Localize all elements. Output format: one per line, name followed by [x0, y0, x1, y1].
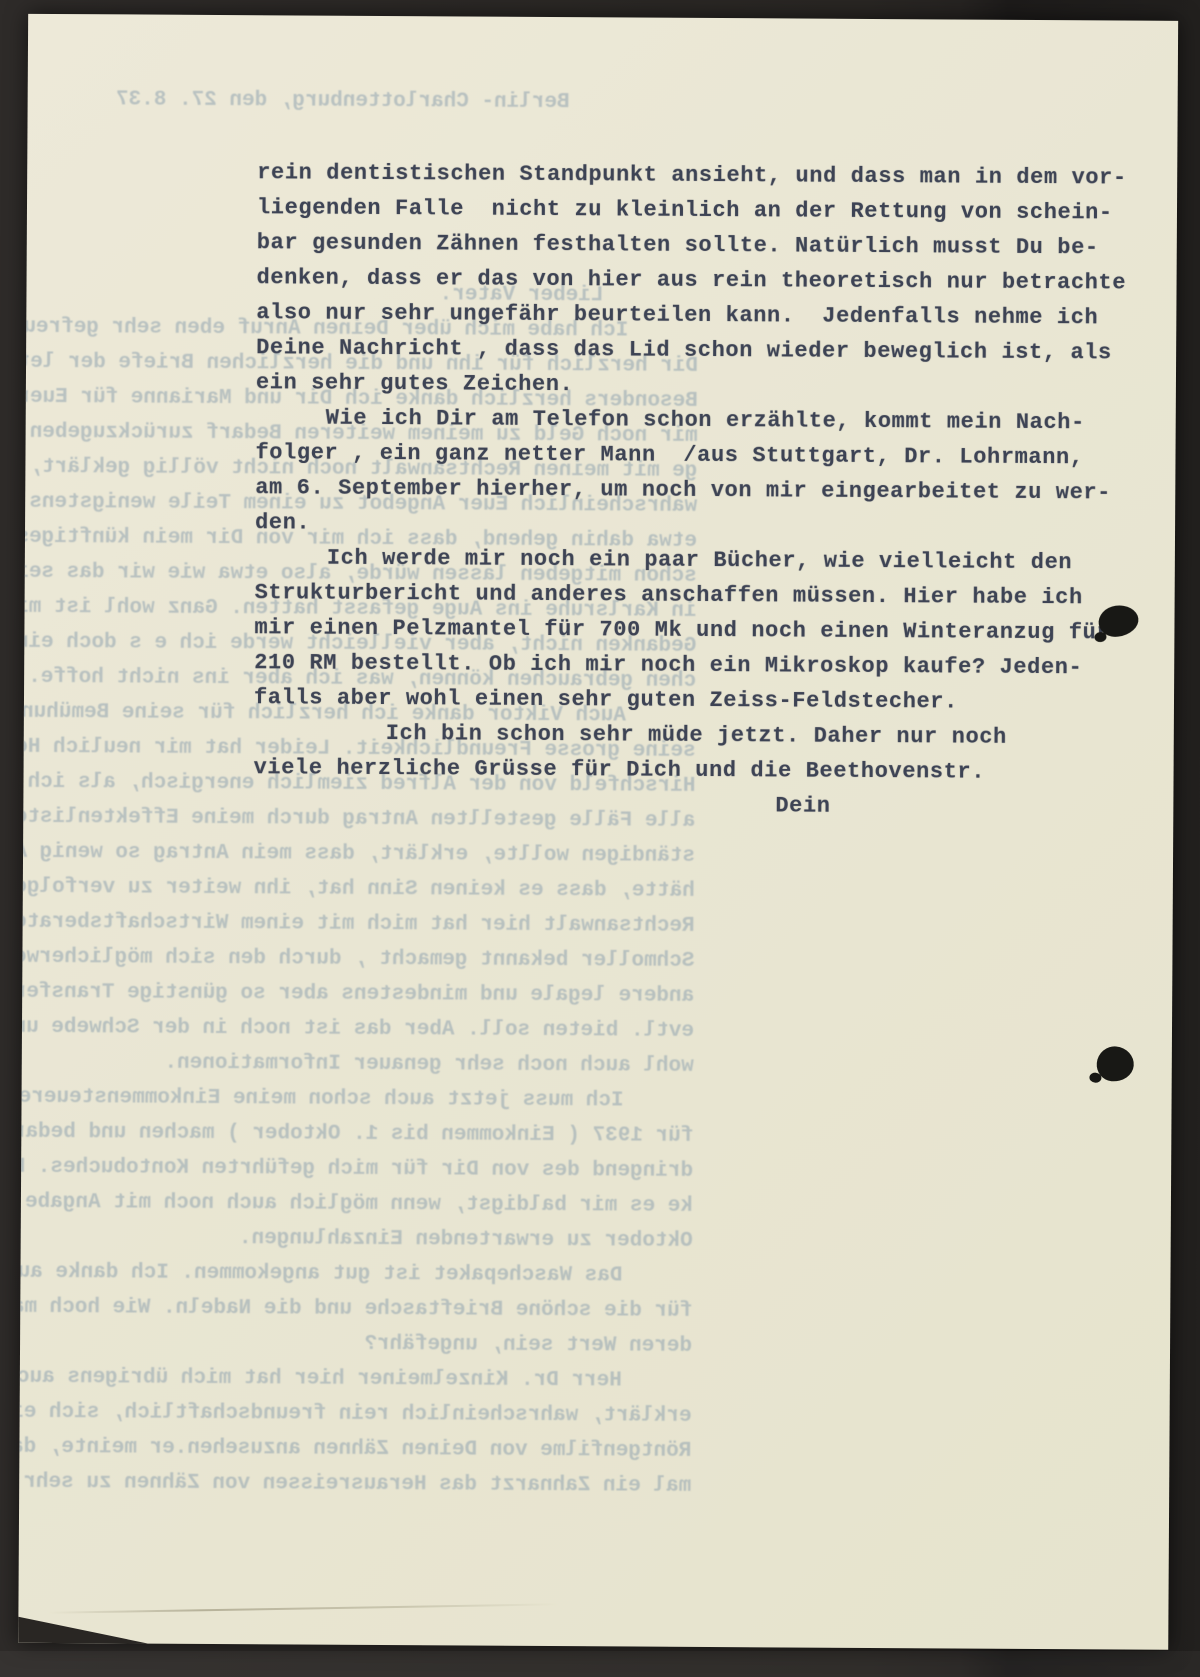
typed-line: Dein — [253, 785, 1123, 825]
typed-line: falls aber wohl einen sehr guten Zeiss-F… — [254, 680, 1124, 720]
ghost-line: ständigen wollte, erklärt, dass mein Ant… — [25, 835, 715, 874]
typed-line: Ich werde mir noch ein paar Bücher, wie … — [255, 540, 1125, 580]
typed-line: am 6. September hierher, um noch von mir… — [255, 470, 1125, 510]
typed-line: 210 RM bestellt. Ob ich mir noch ein Mik… — [254, 645, 1124, 685]
typed-line: folger , ein ganz netter Mann /aus Stutt… — [255, 435, 1125, 475]
ghost-line: Das Waschepaket ist gut angekommen. Ich … — [22, 1255, 712, 1294]
typed-line: Strukturbericht und anderes anschaffen m… — [255, 575, 1125, 615]
paper-corner-cut — [18, 1617, 148, 1644]
ghost-line: Herr Dr. Kinzelmeiner hier hat mich übri… — [22, 1360, 712, 1399]
ghost-line: andere legale und mindestens aber so gün… — [24, 975, 714, 1014]
ghost-line: dringend des von Dir für mich geführten … — [23, 1150, 713, 1189]
typed-line: denken, dass er das von hier aus rein th… — [256, 260, 1126, 300]
typed-line: viele herzliche Grüsse für Dich und die … — [253, 750, 1123, 790]
bleedthrough-date-line: Berlin- Charlottenburg, den 27. 8.37 — [30, 88, 720, 115]
ghost-line: evtl. bieten soll. Aber das ist noch in … — [24, 1010, 714, 1049]
typed-line: mir einen Pelzmantel für 700 Mk und noch… — [254, 610, 1124, 650]
typed-letter-text: rein dentistischen Standpunkt ansieht, u… — [253, 155, 1127, 825]
paper-crease — [48, 1603, 558, 1613]
ghost-line: Röntgenfilme von Deinen Zähnen anzusehen… — [21, 1430, 711, 1469]
ghost-line: Ich muss jetzt auch schon meine Einkomme… — [23, 1080, 713, 1119]
typed-line: rein dentistischen Standpunkt ansieht, u… — [257, 155, 1127, 195]
ghost-line: ke es mir baldigst, wenn möglich auch no… — [23, 1185, 713, 1224]
ghost-line: deren Wert sein, ungefähr? — [22, 1325, 712, 1364]
typed-line: Wie ich Dir am Telefon schon erzählte, k… — [256, 400, 1126, 440]
typed-line: liegenden Falle nicht zu kleinlich an de… — [257, 190, 1127, 230]
typed-line: bar gesunden Zähnen festhalten sollte. N… — [257, 225, 1127, 265]
typed-line: den. — [255, 505, 1125, 545]
ghost-line: Schmoller bekannt gemacht , durch den si… — [24, 940, 714, 979]
ghost-line: mal ein Zahnarzt das Herausreissen von Z… — [21, 1465, 711, 1504]
ghost-line: für 1937 ( Einkommen bis 1. Oktober ) ma… — [23, 1115, 713, 1154]
ghost-line: wohl auch noch sehr genauer Informatione… — [24, 1045, 714, 1084]
bleedthrough-text: Berlin- Charlottenburg, den 27. 8.37 Lie… — [30, 73, 720, 77]
ghost-line: Rechtsanwalt hier hat mich mit einem Wir… — [25, 905, 715, 944]
typed-line: Deine Nachricht , dass das Lid schon wie… — [256, 330, 1126, 370]
ghost-line: erklärt, wahrscheinlich rein freundschaf… — [22, 1395, 712, 1434]
ghost-line: Oktober zu erwartenden Einzahlungen. — [23, 1220, 713, 1259]
ghost-line: hätte, dass es keinen Sinn hat, ihn weit… — [25, 870, 715, 909]
letter-paper: Berlin- Charlottenburg, den 27. 8.37 Lie… — [18, 14, 1178, 1650]
punch-hole-mark-bottom — [1095, 1045, 1135, 1083]
scanned-letter-page: Berlin- Charlottenburg, den 27. 8.37 Lie… — [0, 0, 1200, 1677]
typed-line: Ich bin schon sehr müde jetzt. Daher nur… — [254, 715, 1124, 755]
typed-line: also nur sehr ungefähr beurteilen kann. … — [256, 295, 1126, 335]
typed-line: ein sehr gutes Zeichen. — [256, 365, 1126, 405]
ghost-line: für die schöne Brieftasche und die Nadel… — [22, 1290, 712, 1329]
